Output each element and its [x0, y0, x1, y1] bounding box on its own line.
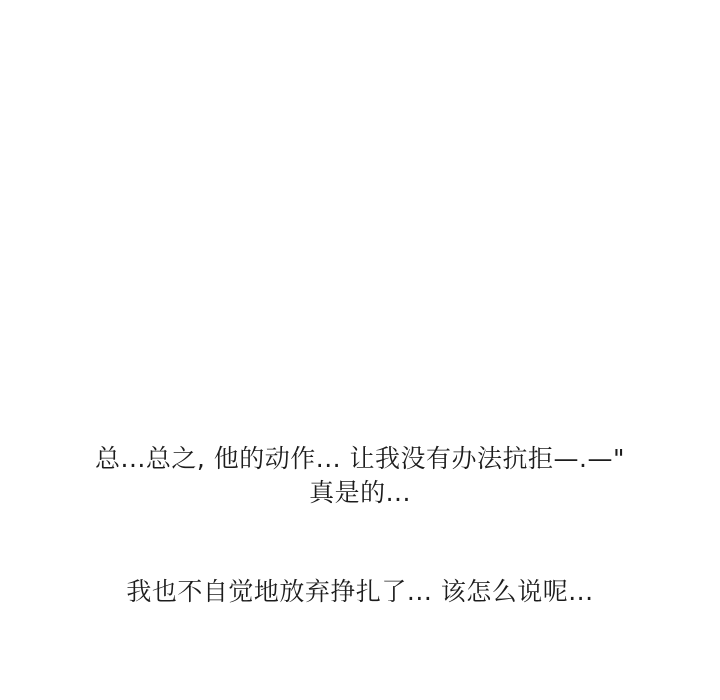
caption-line: 总...总之, 他的动作... 让我没有办法抗拒—.—"	[0, 442, 720, 476]
comic-panel: 总...总之, 他的动作... 让我没有办法抗拒—.—" 真是的... 我也不自…	[0, 0, 720, 700]
caption-line: 真是的...	[0, 476, 720, 510]
caption-block-2: 我也不自觉地放弃挣扎了... 该怎么说呢...	[0, 575, 720, 609]
caption-line: 我也不自觉地放弃挣扎了... 该怎么说呢...	[0, 575, 720, 609]
caption-block-1: 总...总之, 他的动作... 让我没有办法抗拒—.—" 真是的...	[0, 442, 720, 510]
